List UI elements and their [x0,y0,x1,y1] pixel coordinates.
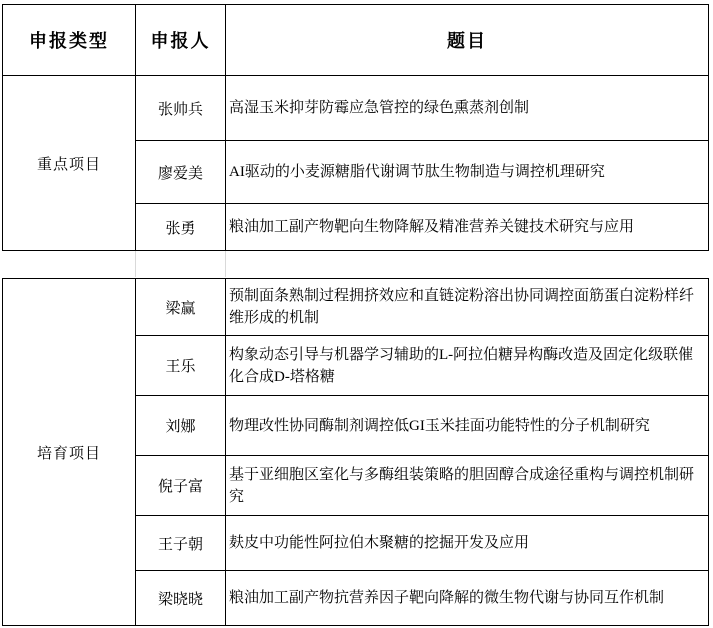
header-cell-applicant: 申报人 [136,5,226,76]
title-cell: 高湿玉米抑芽防霉应急管控的绿色熏蒸剂创制 [226,76,709,141]
applicant-cell: 张勇 [136,204,226,251]
title-cell: 构象动态引导与机器学习辅助的L-阿拉伯糖异构酶改造及固定化级联催化合成D-塔格糖 [226,336,709,396]
title-cell: AI驱动的小麦源糖脂代谢调节肽生物制造与调控机理研究 [226,141,709,204]
applicant-cell: 王乐 [136,336,226,396]
title-cell: 预制面条熟制过程拥挤效应和直链淀粉溶出协同调控面筋蛋白淀粉样纤维形成的机制 [226,279,709,336]
title-cell: 粮油加工副产物抗营养因子靶向降解的微生物代谢与协同互作机制 [226,571,709,626]
title-cell: 基于亚细胞区室化与多酶组装策略的胆固醇合成途径重构与调控机制研究 [226,456,709,516]
section-cell-key: 重点项目 [3,76,136,251]
header-cell-title: 题目 [226,5,709,76]
applicant-cell: 梁赢 [136,279,226,336]
applicant-cell: 廖爱美 [136,141,226,204]
header-row: 申报类型 申报人 题目 [3,5,709,76]
key-projects-table: 申报类型 申报人 题目 重点项目 张帅兵 高湿玉米抑芽防霉应急管控的绿色熏蒸剂创… [2,4,709,251]
document-page: 申报类型 申报人 题目 重点项目 张帅兵 高湿玉米抑芽防霉应急管控的绿色熏蒸剂创… [0,0,713,628]
table-row: 培育项目 梁赢 预制面条熟制过程拥挤效应和直链淀粉溶出协同调控面筋蛋白淀粉样纤维… [3,279,709,336]
title-cell: 粮油加工副产物靶向生物降解及精准营养关键技术研究与应用 [226,204,709,251]
title-cell: 麸皮中功能性阿拉伯木聚糖的挖掘开发及应用 [226,516,709,571]
applicant-cell: 倪子富 [136,456,226,516]
faint-grid-line [225,251,226,277]
faint-grid-line [135,251,136,277]
title-cell: 物理改性协同酶制剂调控低GI玉米挂面功能特性的分子机制研究 [226,396,709,456]
header-cell-type: 申报类型 [3,5,136,76]
cultivation-projects-table: 培育项目 梁赢 预制面条熟制过程拥挤效应和直链淀粉溶出协同调控面筋蛋白淀粉样纤维… [2,278,709,626]
applicant-cell: 张帅兵 [136,76,226,141]
applicant-cell: 刘娜 [136,396,226,456]
applicant-cell: 梁晓晓 [136,571,226,626]
section-cell-cultivation: 培育项目 [3,279,136,626]
table-row: 重点项目 张帅兵 高湿玉米抑芽防霉应急管控的绿色熏蒸剂创制 [3,76,709,141]
applicant-cell: 王子朝 [136,516,226,571]
